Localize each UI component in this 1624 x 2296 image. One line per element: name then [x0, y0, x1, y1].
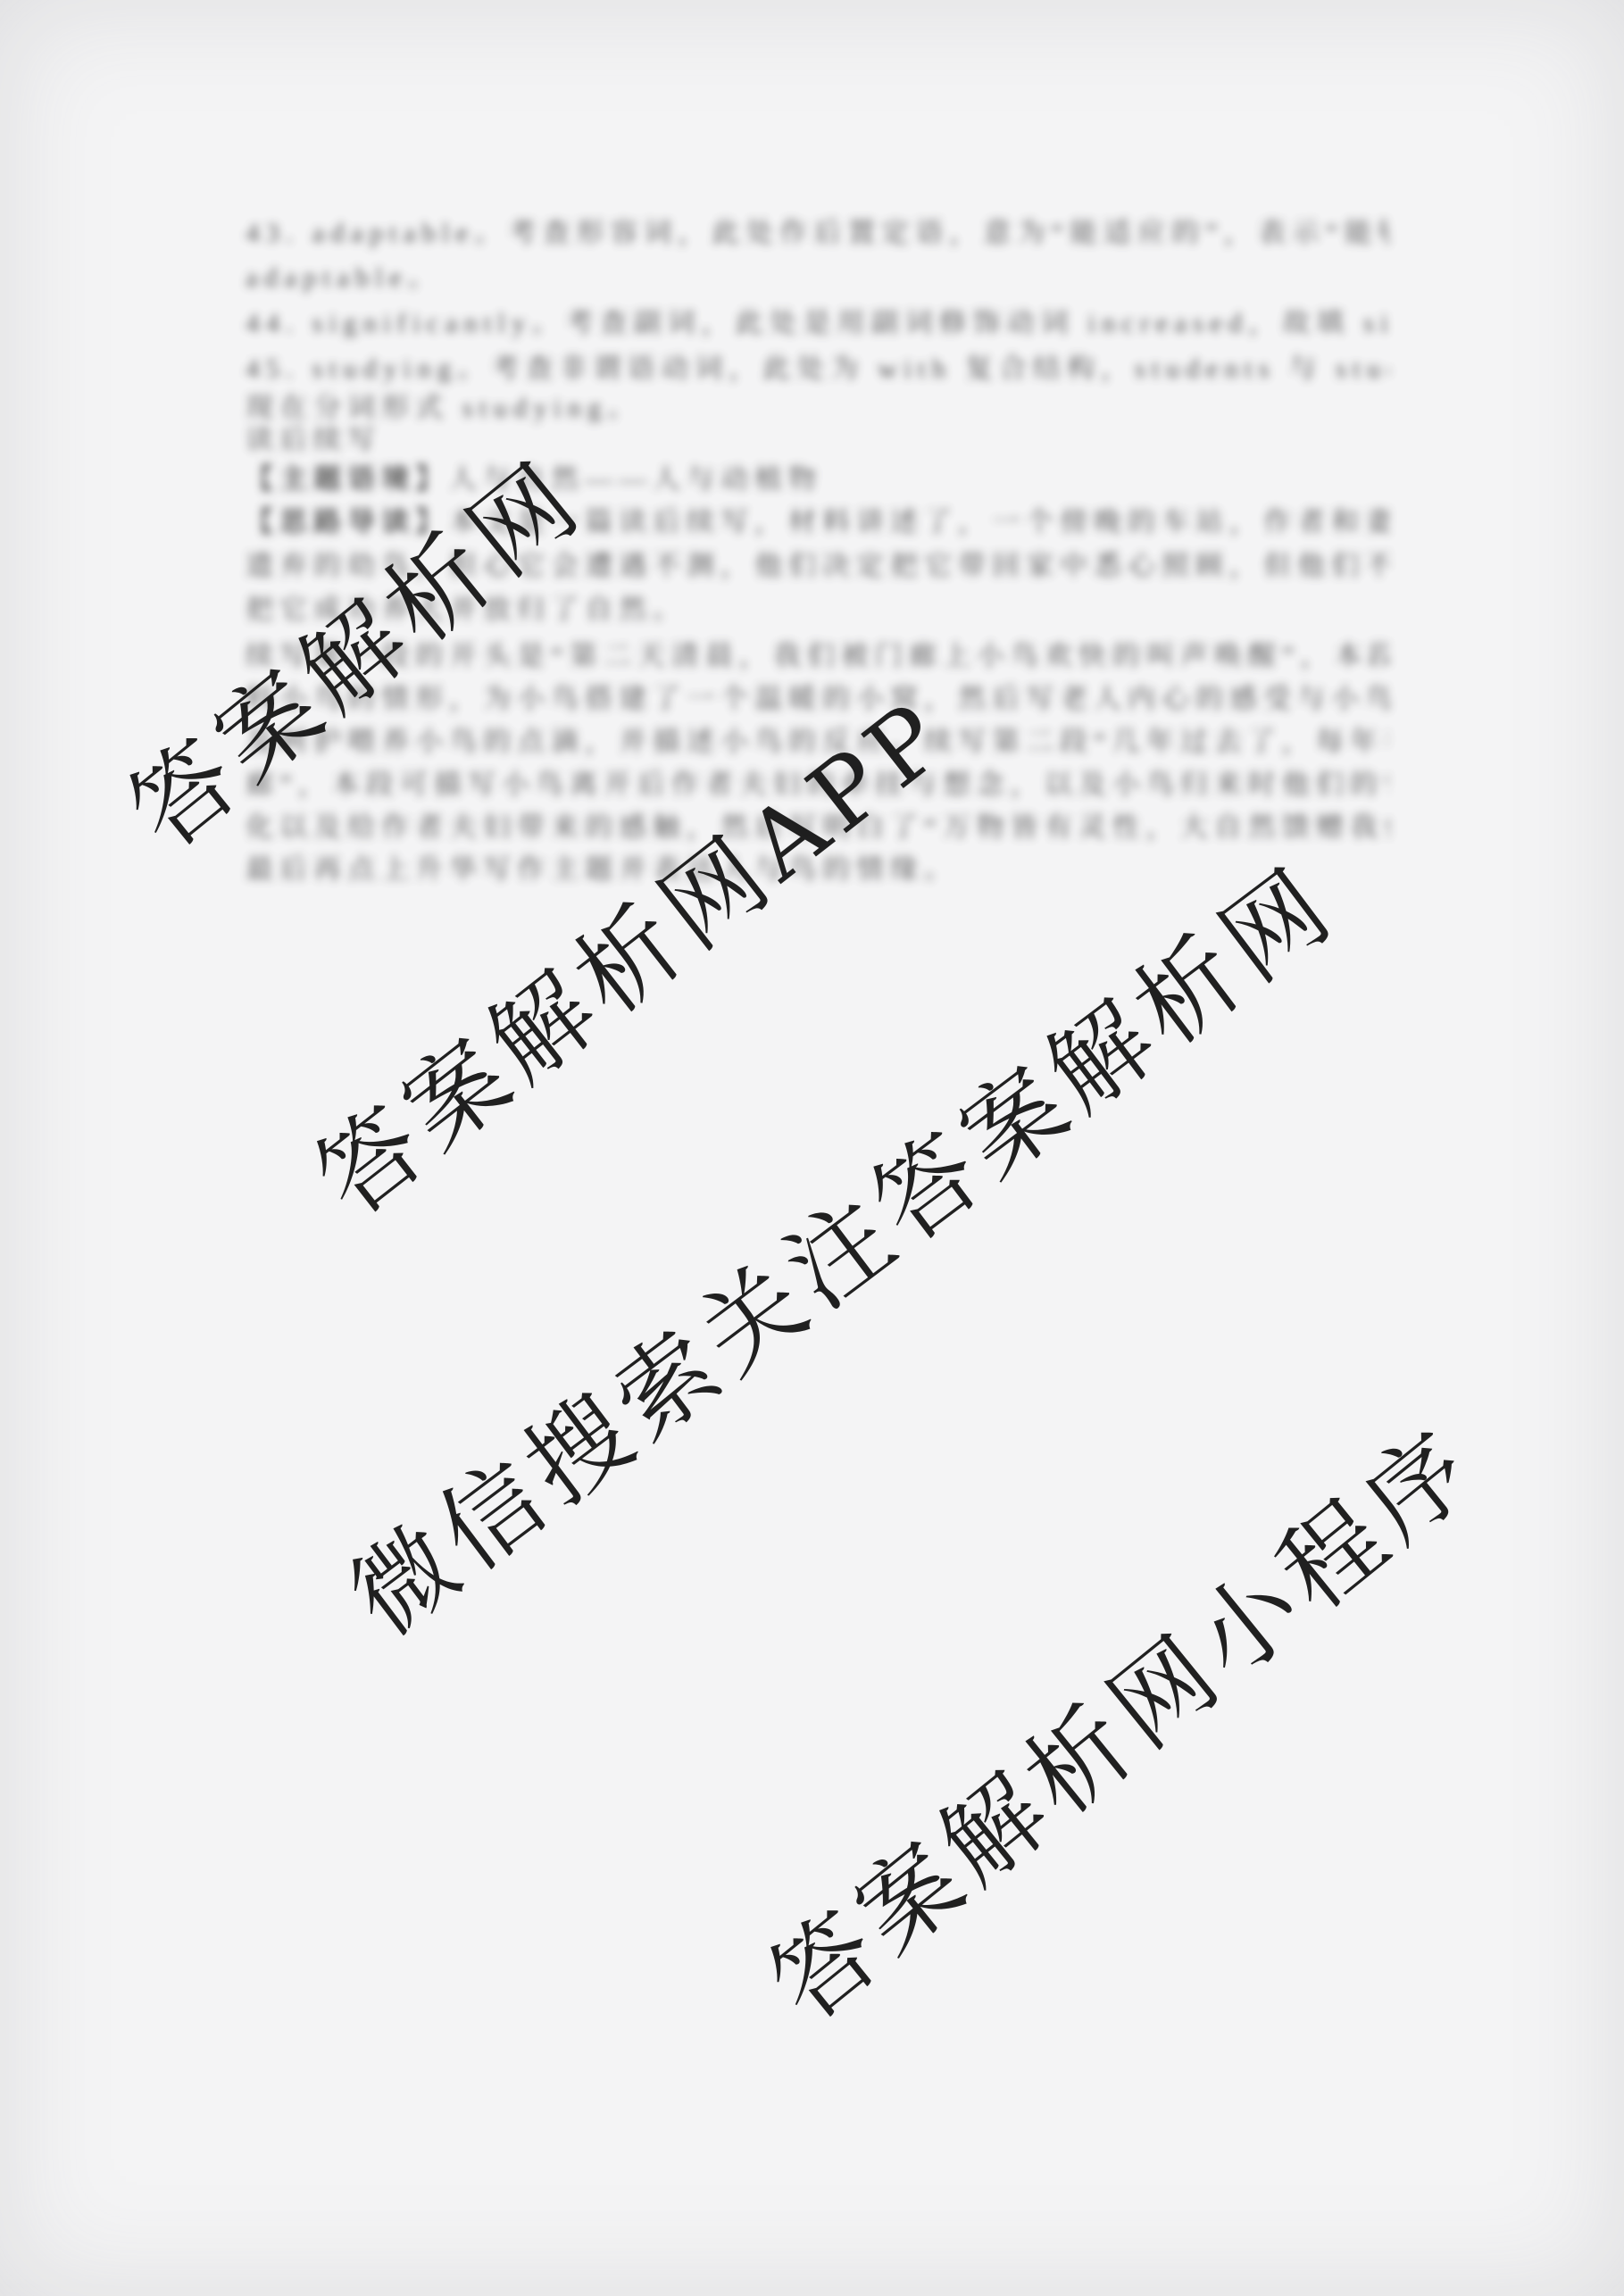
text-line-para2-4: 廊”，本段可描写小鸟离开后作者夫妇的牵挂与想念，以及小鸟归来时他们的惊喜，本段可…: [246, 764, 1389, 805]
watermark-glyph: 解: [915, 1751, 1073, 1909]
watermark-glyph: 微: [327, 1502, 484, 1660]
watermark-glyph: 案: [379, 1016, 536, 1175]
watermark-glyph: 案: [936, 1044, 1093, 1202]
text-line-para2-2: 料小鸟的情形，为小鸟搭建了一个温暖的小窝，然后写老人内心的感受与小鸟一天天长大的…: [246, 678, 1389, 720]
watermark-glyph: 答: [849, 1110, 1006, 1268]
line-text: 廊”，本段可描写小鸟离开后作者夫妇的牵挂与想念，以及小鸟归来时他们的惊喜，本段可…: [246, 769, 1389, 800]
watermark-glyph: 关: [675, 1241, 832, 1399]
line-bold-head: 【主题语境】: [246, 463, 449, 495]
text-line-para2-6: 最后再点上升华写作主题并表达人与鸟的情缘。: [246, 849, 1389, 890]
watermark-glyph: 解: [464, 949, 621, 1108]
watermark-glyph: 答: [746, 1888, 904, 2047]
watermark-glyph: 答: [292, 1083, 449, 1242]
line-text: 44. significantly。考查副词，此处是用副词修饰动词 increa…: [246, 307, 1389, 338]
text-line-adaptable-wrap: adaptable。: [246, 257, 1389, 298]
line-text: adaptable。: [246, 262, 442, 293]
text-line-guide-3: 把它成功养大并放归了自然。: [246, 589, 1389, 630]
answer-explanation-text-block: 43. adaptable。考查形容词，此处作后置定语，意为“能适应的”，表示“…: [246, 0, 1389, 946]
line-text: 遗弃的幼鸟，担心它会遭遇不测，他们决定把它带回家中悉心照顾，但他们不知道如何喂养…: [246, 550, 1389, 581]
text-line-44-significantly: 44. significantly。考查副词，此处是用副词修饰动词 increa…: [246, 303, 1389, 344]
line-text: 本文是一篇读后续写，材料讲述了，一个傍晚的车站，作者和妻子在回家途中发现一只被: [449, 506, 1389, 537]
line-bold-head: 【思路导读】: [246, 506, 449, 537]
watermark-glyph: 序: [1339, 1408, 1497, 1567]
watermark-glyph: 解: [1022, 978, 1179, 1136]
watermark-wechat-search-follow: 微信搜索关注答案解析网: [327, 847, 1353, 1660]
watermark-glyph: 答: [105, 716, 263, 875]
text-line-guide-2: 遗弃的幼鸟，担心它会遭遇不测，他们决定把它带回家中悉心照顾，但他们不知道如何喂养…: [246, 545, 1389, 586]
line-text: 把它成功养大并放归了自然。: [246, 594, 687, 625]
text-line-para2-3: 及呵护喂养小鸟的点滴，并描述小鸟的反应。续写第二段“几年过去了，每年春天小鸟都会…: [246, 721, 1389, 762]
line-text: 续写第一段的开头是“第二天清晨，我们被门廊上小鸟欢快的叫声唤醒”，本段可先描写作…: [246, 640, 1389, 671]
line-text: 43. adaptable。考查形容词，此处作后置定语，意为“能适应的”，表示“…: [246, 217, 1389, 248]
line-text: 45. studying。考查非谓语动词，此处为 with 复合结构，stude…: [246, 353, 1389, 384]
line-text: 人与自然——人与动植物: [449, 463, 822, 495]
text-line-para2-1: 续写第一段的开头是“第二天清晨，我们被门廊上小鸟欢快的叫声唤醒”，本段可先描写作…: [246, 636, 1389, 677]
watermark-glyph: 案: [831, 1819, 989, 1978]
section-heading-continuation-writing: 读后续写: [246, 420, 1389, 461]
watermark-glyph: 网: [1085, 1614, 1243, 1773]
line-text: 现在分词形式 studying。: [246, 392, 642, 423]
watermark-glyph: 程: [1254, 1477, 1412, 1635]
watermark-mini-program: 答案解析网小程序: [746, 1408, 1496, 2046]
text-line-guide-1: 【思路导读】本文是一篇读后续写，材料讲述了，一个傍晚的车站，作者和妻子在回家途中…: [246, 502, 1389, 543]
text-line-theme-context: 【主题语境】人与自然——人与动植物: [246, 459, 1389, 500]
watermark-glyph: 析: [1000, 1682, 1158, 1841]
line-text: 及呵护喂养小鸟的点滴，并描述小鸟的反应。续写第二段“几年过去了，每年春天小鸟都会…: [246, 726, 1389, 757]
line-text: 化以及给作者夫妇带来的感触，然后写明白了“万物皆有灵性，大自然馈赠我们无限美好”…: [246, 811, 1389, 843]
watermark-glyph: 搜: [501, 1372, 658, 1530]
line-text: 最后再点上升华写作主题并表达人与鸟的情缘。: [246, 853, 958, 885]
line-text: 料小鸟的情形，为小鸟搭建了一个温暖的小窝，然后写老人内心的感受与小鸟一天天长大的…: [246, 683, 1389, 714]
text-line-45-studying: 45. studying。考查非谓语动词，此处为 with 复合结构，stude…: [246, 348, 1389, 389]
watermark-glyph: 注: [762, 1175, 919, 1333]
line-text: 读后续写: [246, 424, 381, 455]
text-line-para2-5: 化以及给作者夫妇带来的感触，然后写明白了“万物皆有灵性，大自然馈赠我们无限美好”…: [246, 807, 1389, 848]
watermark-glyph: 小: [1170, 1545, 1328, 1704]
text-line-43-adaptable: 43. adaptable。考查形容词，此处作后置定语，意为“能适应的”，表示“…: [246, 212, 1389, 254]
scanned-document-page: 43. adaptable。考查形容词，此处作后置定语，意为“能适应的”，表示“…: [0, 0, 1624, 2296]
watermark-glyph: 信: [413, 1437, 570, 1595]
watermark-glyph: 索: [587, 1306, 745, 1464]
